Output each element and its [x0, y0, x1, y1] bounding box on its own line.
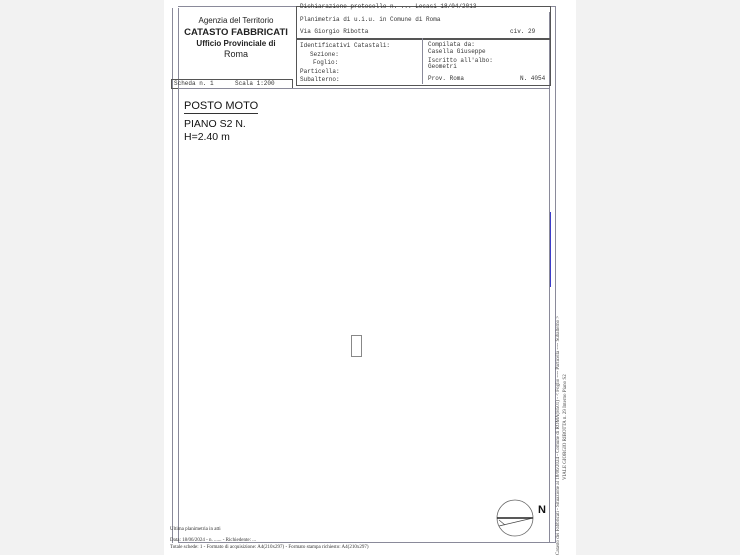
sezione-label: Sezione: — [310, 51, 339, 58]
register-number: N. 4054 — [520, 75, 545, 82]
foglio-label: Foglio: — [313, 59, 338, 66]
identifiers-title: Identificativi Catastali: — [300, 42, 390, 49]
identifiers-divider — [422, 38, 423, 84]
registered-value: Geometri — [428, 63, 457, 70]
height-label: H=2.40 m — [184, 131, 230, 143]
side-address-text: VIALE GIORGIO RIBOTTA n. 29 Interno Pian… — [563, 374, 568, 480]
declaration-text: Dichiarazione protocollo n. ... Lecasi 1… — [300, 3, 476, 10]
city-name: Roma — [178, 49, 294, 59]
header-separator — [178, 88, 550, 89]
province: Prov. Roma — [428, 75, 464, 82]
viewer-background-left — [0, 0, 164, 555]
north-label: N — [538, 504, 546, 516]
footer-last-plan: Ultima planimetria in atti — [170, 527, 221, 532]
north-arrow-icon — [495, 498, 535, 538]
drawing-title: POSTO MOTO — [184, 100, 258, 114]
floor-label: PIANO S2 N. — [184, 118, 246, 130]
viewer-background-right — [576, 0, 740, 555]
office-name: CATASTO FABBRICATI — [178, 27, 294, 38]
provincial-office: Ufficio Provinciale di — [178, 39, 294, 48]
planimetry-text: Planimetria di u.i.u. in Comune di Roma — [300, 16, 440, 23]
footer-date-line: Data: 18/06/2024 - n. ...... - Richieden… — [170, 538, 256, 543]
civic-number: civ. 29 — [510, 28, 535, 35]
agency-name: Agenzia del Territorio — [178, 16, 294, 25]
side-cadastral-text: Catasto dei Fabbricati - Situazione al 1… — [556, 316, 561, 555]
particella-label: Particella: — [300, 68, 340, 75]
address-text: Via Giorgio Ribotta — [300, 28, 368, 35]
sheet-number: Scheda n. 1 — [174, 80, 214, 87]
footer-totals: Totale schede: 1 - Formato di acquisizio… — [170, 545, 369, 550]
stamp-bar — [550, 212, 551, 287]
compiled-by-name: Casella Giuseppe — [428, 48, 486, 55]
subalterno-label: Subalterno: — [300, 76, 340, 83]
compiled-by-label: Compilata da: — [428, 41, 475, 48]
parking-space-outline — [351, 335, 362, 357]
scale: Scala 1:200 — [235, 80, 275, 87]
agency-block: Agenzia del Territorio CATASTO FABBRICAT… — [178, 8, 294, 59]
